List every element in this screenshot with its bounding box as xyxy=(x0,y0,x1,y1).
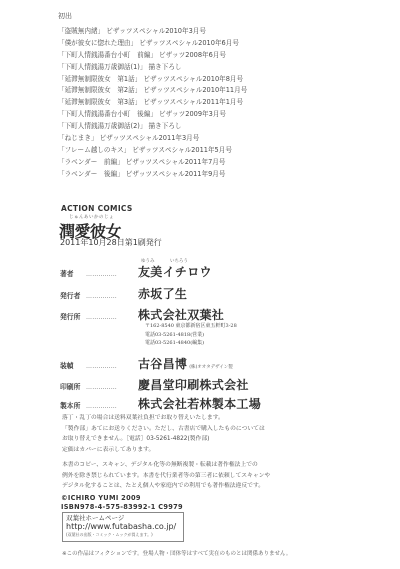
notice-line: 落丁・乱丁の場合は送料双葉社負担でお取り替えいたします。 xyxy=(62,415,224,421)
website-box: 双葉社ホームページ http://www.futabasha.co.jp/ (双… xyxy=(62,512,184,542)
leader-dots: …………… xyxy=(86,314,138,321)
publisher-name: 株式会社双葉社 xyxy=(138,306,224,323)
credit-row-design: 装幀 …………… 古谷昌博 (株)オオタデザイン製 xyxy=(60,355,233,372)
isbn: ISBN978-4-575-83992-1 C9979 xyxy=(61,503,183,512)
credit-row-printer: 印刷所 …………… 慶昌堂印刷株式会社 xyxy=(60,376,249,393)
list-item: 「延滞無制限彼女 第2話」 ビザッツスペシャル2010年11月号 xyxy=(58,85,247,97)
publisher-person-name: 赤坂了生 xyxy=(138,285,187,302)
list-item: 「僕が彼女に惚れた理由」 ビザッツスペシャル2010年6月号 xyxy=(58,38,247,50)
list-item: 「下町人情銭湯番台小町 後編」 ビザッツ2009年3月号 xyxy=(58,109,247,121)
series-name: ACTION COMICS xyxy=(61,204,133,213)
website-note: (双葉社の出版・コミック・ムックが買えます。) xyxy=(66,532,180,538)
address-line: 〒162-8540 東京都新宿区東五軒町3-28 xyxy=(145,322,237,331)
website-label: 双葉社ホームページ xyxy=(66,514,180,522)
designer-name: 古谷昌博 xyxy=(138,355,187,372)
credit-row-publisher: 発行所 …………… 株式会社双葉社 xyxy=(60,306,224,323)
author-name: 友美イチロウ xyxy=(138,263,212,280)
leader-dots: …………… xyxy=(86,403,138,410)
list-item: 「下町人情銭湯万歳御話(2)」 描き下ろし xyxy=(58,121,247,133)
website-url[interactable]: http://www.futabasha.co.jp/ xyxy=(66,522,180,532)
credit-label: 発行者 xyxy=(60,290,86,300)
list-item: 「盗賊無内緒」 ビザッツスペシャル2010年3月号 xyxy=(58,26,247,38)
list-item: 「ラベンダー 前編」 ビザッツスペシャル2011年7月号 xyxy=(58,157,247,169)
credit-label: 装幀 xyxy=(60,360,86,370)
first-appearance-heading: 初出 xyxy=(58,11,72,21)
notice-line: お取り替えできません。［電話］03-5261-4822(製作部) xyxy=(62,436,209,442)
fiction-disclaimer: ※この作品はフィクションです。登場人物・団体等はすべて実在のものとは関係ありませ… xyxy=(62,549,291,557)
notice-line: 例外を除き禁じられています。本書を代行業者等の第三者に依頼してスキャンや xyxy=(62,473,270,479)
leader-dots: …………… xyxy=(86,363,138,370)
notice-line: 「製作部」あてにお送りください。ただし、古書店で購入したものについては xyxy=(62,426,265,432)
replacement-notice: 落丁・乱丁の場合は送料双葉社負担でお取り替えいたします。 「製作部」あてにお送り… xyxy=(62,413,270,456)
first-appearance-list: 「盗賊無内緒」 ビザッツスペシャル2010年3月号 「僕が彼女に惚れた理由」 ビ… xyxy=(58,26,247,181)
phone-sales: 電話03-5261-4818(営業) xyxy=(145,331,237,340)
binder-name: 株式会社若林製本工場 xyxy=(138,395,261,412)
printer-name: 慶昌堂印刷株式会社 xyxy=(138,376,249,393)
copyright-block: ©ICHIRO YUMI 2009 ISBN978-4-575-83992-1 … xyxy=(61,494,183,511)
credit-label: 発行所 xyxy=(60,311,86,321)
list-item: 「下町人情銭湯万歳御話(1)」 描き下ろし xyxy=(58,62,247,74)
designer-note: (株)オオタデザイン製 xyxy=(189,364,233,370)
credit-row-author: 著者 …………… 友美イチロウ xyxy=(60,263,212,280)
leader-dots: …………… xyxy=(86,271,138,278)
list-item: 「フレーム越しのキス」 ビザッツスペシャル2011年5月号 xyxy=(58,145,247,157)
credit-label: 印刷所 xyxy=(60,381,86,391)
notice-line: デジタル化することは、たとえ個人や家庭内での利用でも著作権法違反です。 xyxy=(62,483,264,489)
phone-editorial: 電話03-5261-4840(編集) xyxy=(145,339,237,348)
list-item: 「ラベンダー 後編」 ビザッツスペシャル2011年9月号 xyxy=(58,169,247,181)
credit-label: 著者 xyxy=(60,268,86,278)
copyright-notice: 本書のコピー、スキャン、デジタル化等の無断複製・転載は著作権法上での 例外を除き… xyxy=(62,460,270,492)
credit-row-binder: 製本所 …………… 株式会社若林製本工場 xyxy=(60,395,261,412)
publication-date: 2011年10月28日第1刷発行 xyxy=(60,237,162,248)
list-item: 「延滞無制限彼女 第3話」 ビザッツスペシャル2011年1月号 xyxy=(58,97,247,109)
list-item: 「下町人情銭湯番台小町 前編」 ビザッツ2008年6月号 xyxy=(58,50,247,62)
list-item: 「延滞無制限彼女 第1話」 ビザッツスペシャル2010年8月号 xyxy=(58,74,247,86)
list-item: 「ねじまき」 ビザッツスペシャル2011年3月号 xyxy=(58,133,247,145)
legal-notice: 落丁・乱丁の場合は送料双葉社負担でお取り替えいたします。 「製作部」あてにお送り… xyxy=(62,413,270,496)
copyright-line: ©ICHIRO YUMI 2009 xyxy=(61,494,183,503)
credit-row-publisher-person: 発行者 …………… 赤坂了生 xyxy=(60,285,187,302)
publisher-address: 〒162-8540 東京都新宿区東五軒町3-28 電話03-5261-4818(… xyxy=(145,322,237,348)
leader-dots: …………… xyxy=(86,384,138,391)
notice-line: 本書のコピー、スキャン、デジタル化等の無断複製・転載は著作権法上での xyxy=(62,462,258,468)
notice-line: 定価はカバーに表示してあります。 xyxy=(62,447,154,453)
leader-dots: …………… xyxy=(86,293,138,300)
credit-label: 製本所 xyxy=(60,400,86,410)
